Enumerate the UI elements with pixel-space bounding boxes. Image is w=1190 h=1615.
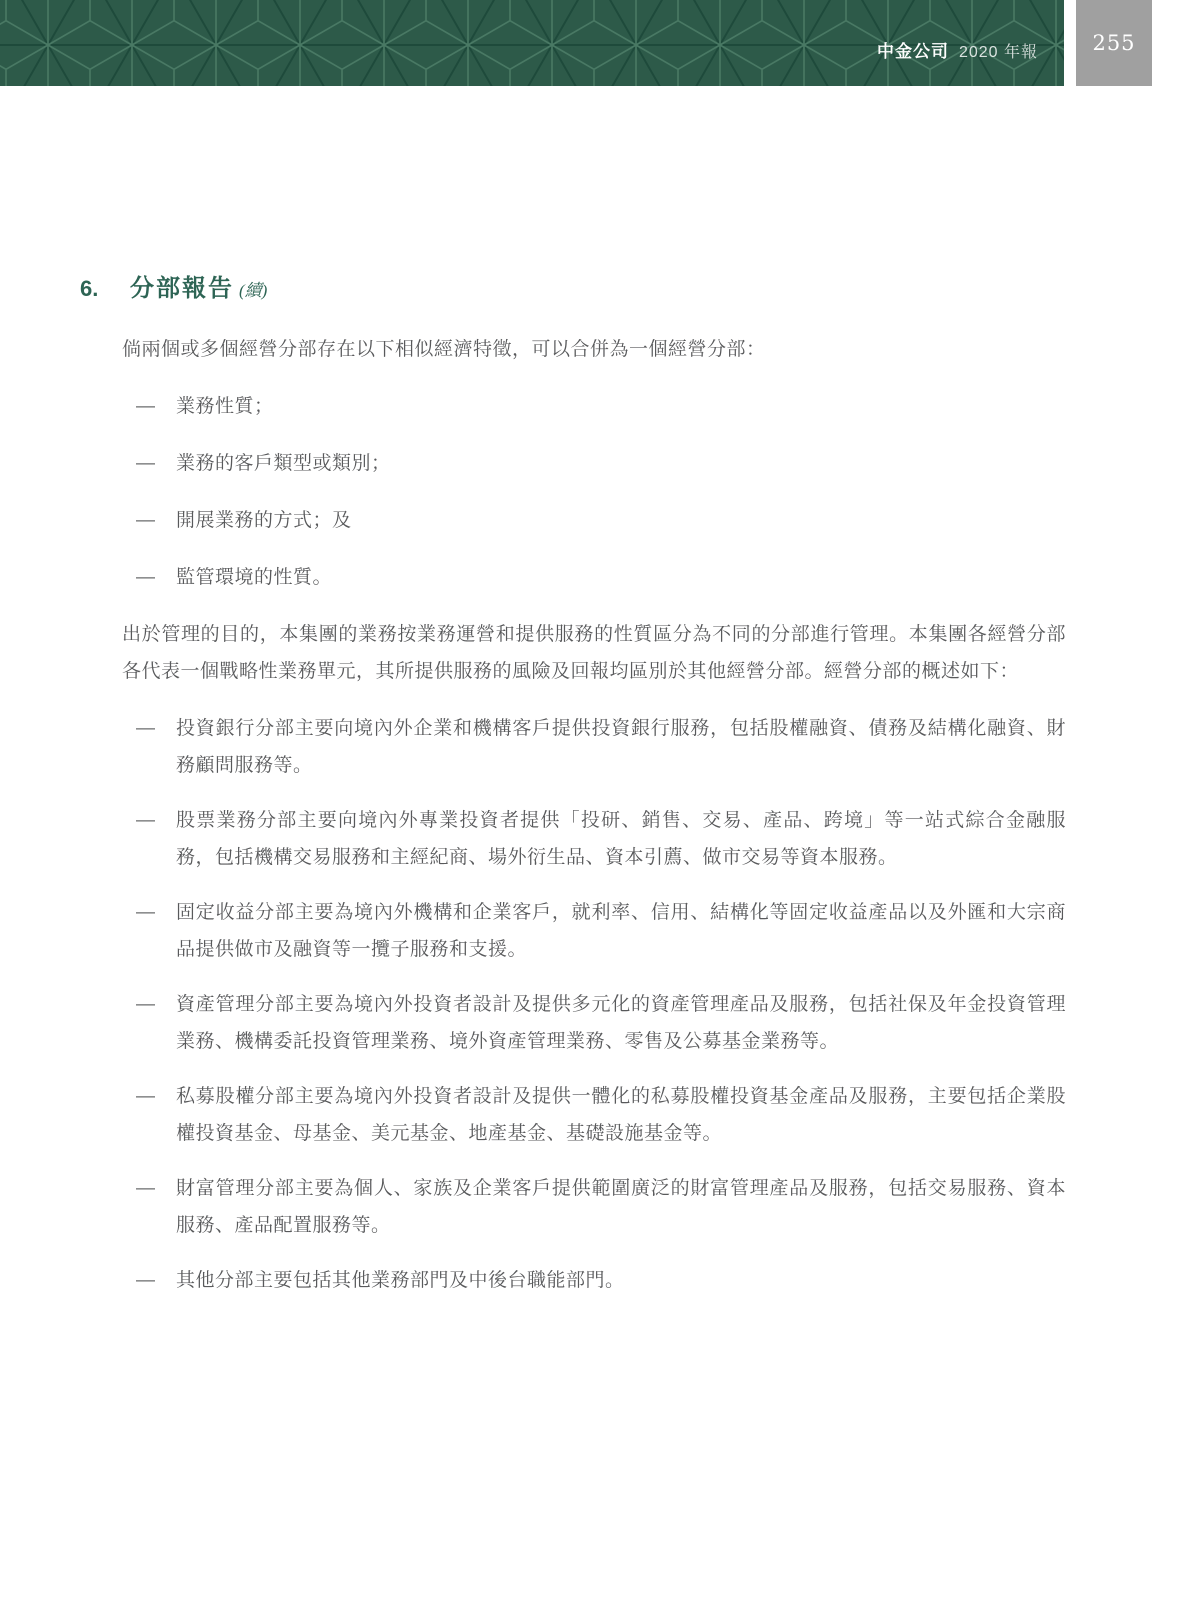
list-item-text: 財富管理分部主要為個人、家族及企業客戶提供範圍廣泛的財富管理產品及服務，包括交易… [176, 1178, 1066, 1236]
segments-list: — 投資銀行分部主要向境內外企業和機構客戶提供投資銀行服務，包括股權融資、債務及… [0, 710, 1190, 1299]
page-number: 255 [1092, 31, 1135, 55]
company-name: 中金公司 [877, 37, 949, 62]
dash-icon: — [136, 1170, 156, 1207]
header-band: 中金公司 2020 年報 [0, 0, 1064, 86]
dash-icon: — [136, 445, 156, 482]
list-item: — 其他分部主要包括其他業務部門及中後台職能部門。 [122, 1262, 1066, 1299]
list-item: — 私募股權分部主要為境內外投資者設計及提供一體化的私募股權投資基金產品及服務，… [122, 1078, 1066, 1152]
list-item-text: 其他分部主要包括其他業務部門及中後台職能部門。 [176, 1270, 625, 1291]
section-number: 6. [80, 276, 130, 302]
section-heading: 6. 分部報告 (續) [80, 268, 1066, 303]
list-item: — 業務的客戶類型或類別； [122, 445, 1066, 482]
list-item: — 開展業務的方式；及 [122, 502, 1066, 539]
list-item: — 財富管理分部主要為個人、家族及企業客戶提供範圍廣泛的財富管理產品及服務，包括… [122, 1170, 1066, 1244]
dash-icon: — [136, 388, 156, 425]
list-item: — 資產管理分部主要為境內外投資者設計及提供多元化的資產管理產品及服務，包括社保… [122, 986, 1066, 1060]
list-item-text: 監管環境的性質。 [176, 567, 332, 588]
list-item-text: 開展業務的方式；及 [176, 510, 352, 531]
intro-paragraph: 倘兩個或多個經營分部存在以下相似經濟特徵，可以合併為一個經營分部： [122, 331, 1066, 368]
management-paragraph: 出於管理的目的，本集團的業務按業務運營和提供服務的性質區分為不同的分部進行管理。… [122, 616, 1066, 690]
list-item: — 固定收益分部主要為境內外機構和企業客戶，就利率、信用、結構化等固定收益產品以… [122, 894, 1066, 968]
dash-icon: — [136, 710, 156, 747]
list-item-text: 資產管理分部主要為境內外投資者設計及提供多元化的資產管理產品及服務，包括社保及年… [176, 994, 1066, 1052]
list-item: — 業務性質； [122, 388, 1066, 425]
section-title: 分部報告 [130, 268, 234, 303]
criteria-list: — 業務性質； — 業務的客戶類型或類別； — 開展業務的方式；及 — 監管環境… [0, 388, 1190, 596]
dash-icon: — [136, 894, 156, 931]
dash-icon: — [136, 1262, 156, 1299]
list-item-text: 私募股權分部主要為境內外投資者設計及提供一體化的私募股權投資基金產品及服務，主要… [176, 1086, 1066, 1144]
document-body: 6. 分部報告 (續) 倘兩個或多個經營分部存在以下相似經濟特徵，可以合併為一個… [0, 268, 1190, 1317]
dash-icon: — [136, 986, 156, 1023]
dash-icon: — [136, 502, 156, 539]
dash-icon: — [136, 559, 156, 596]
list-item-text: 業務性質； [176, 396, 274, 417]
list-item-text: 業務的客戶類型或類別； [176, 453, 391, 474]
header-title: 中金公司 2020 年報 [877, 37, 1038, 62]
list-item-text: 固定收益分部主要為境內外機構和企業客戶，就利率、信用、結構化等固定收益產品以及外… [176, 902, 1066, 960]
list-item: — 監管環境的性質。 [122, 559, 1066, 596]
page-number-box: 255 [1076, 0, 1152, 86]
list-item: — 投資銀行分部主要向境內外企業和機構客戶提供投資銀行服務，包括股權融資、債務及… [122, 710, 1066, 784]
report-page: 中金公司 2020 年報 255 6. 分部報告 (續) 倘兩個或多個經營分部存… [0, 0, 1190, 1615]
list-item-text: 投資銀行分部主要向境內外企業和機構客戶提供投資銀行服務，包括股權融資、債務及結構… [176, 718, 1066, 776]
report-edition: 2020 年報 [959, 39, 1038, 62]
dash-icon: — [136, 1078, 156, 1115]
list-item-text: 股票業務分部主要向境內外專業投資者提供「投研、銷售、交易、產品、跨境」等一站式綜… [176, 810, 1066, 868]
section-continued-label: (續) [239, 276, 267, 301]
dash-icon: — [136, 802, 156, 839]
list-item: — 股票業務分部主要向境內外專業投資者提供「投研、銷售、交易、產品、跨境」等一站… [122, 802, 1066, 876]
